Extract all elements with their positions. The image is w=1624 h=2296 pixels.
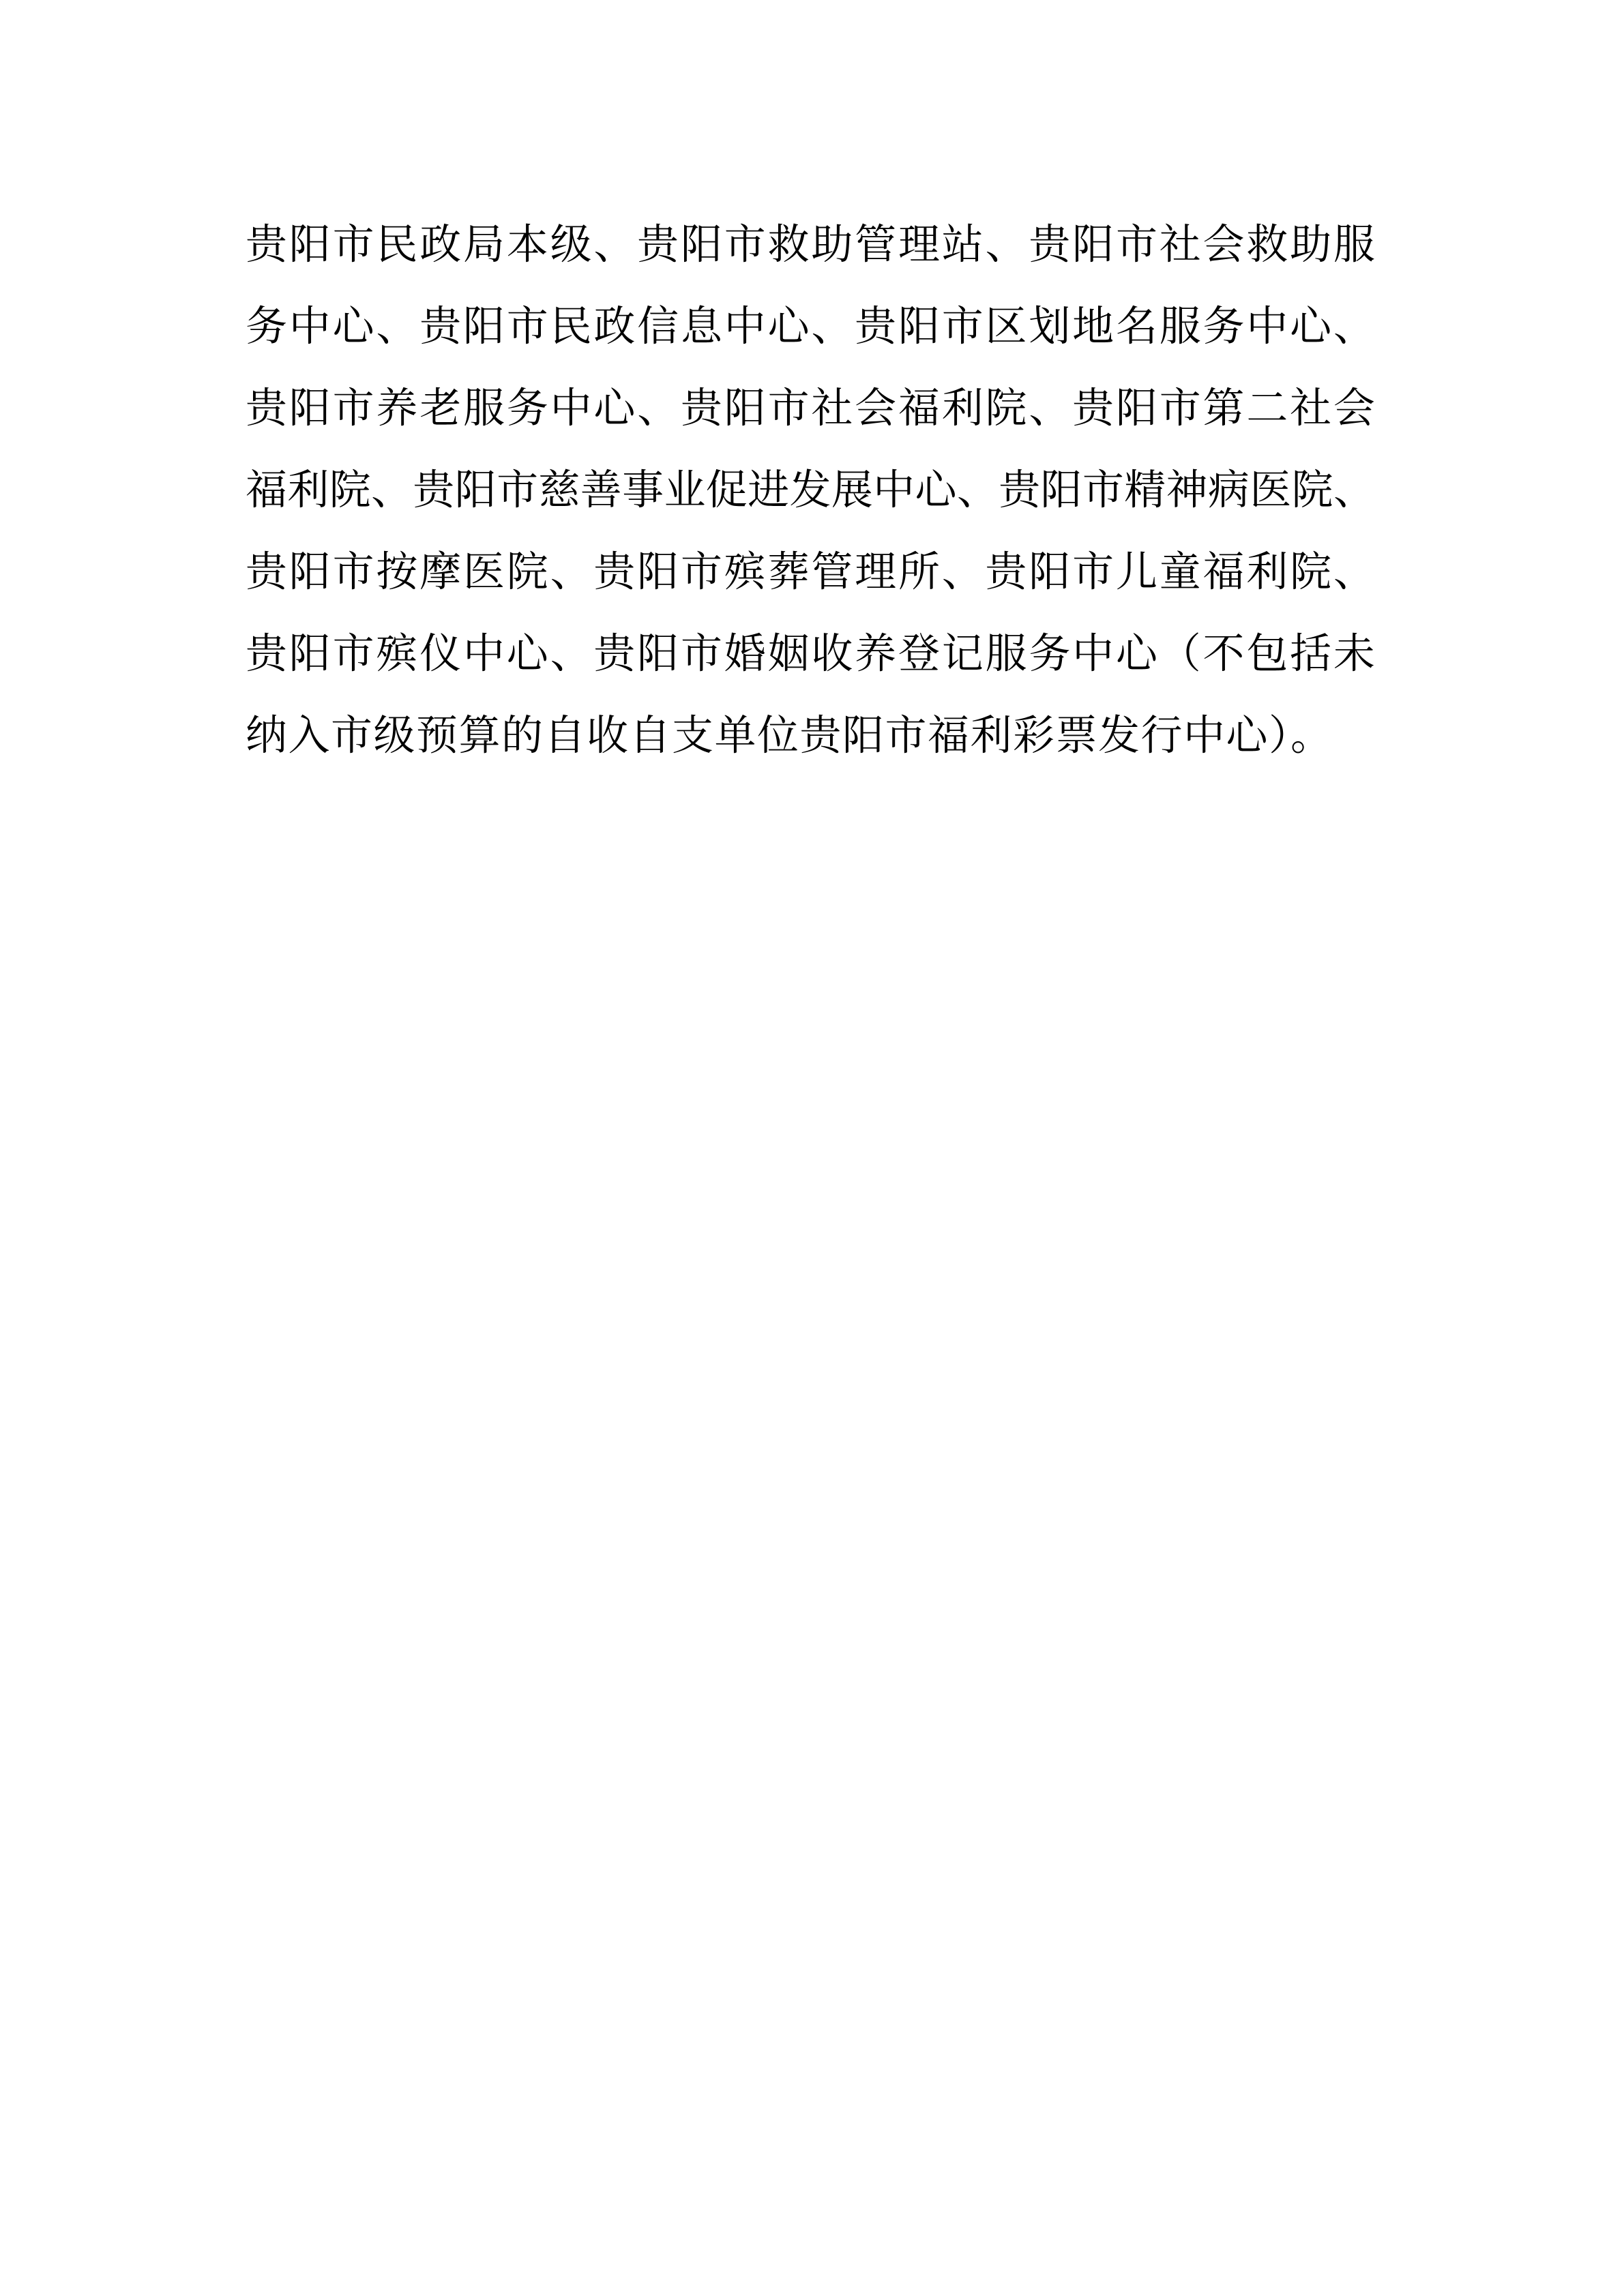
paragraph-line: 福利院、贵阳市慈善事业促进发展中心、贵阳市精神病医院、 bbox=[246, 450, 1375, 532]
document-page: 贵阳市民政局本级、贵阳市救助管理站、贵阳市社会救助服 务中心、贵阳市民政信息中心… bbox=[0, 0, 1624, 2296]
paragraph-line-last: 纳入市级预算的自收自支单位贵阳市福利彩票发行中心）。 bbox=[246, 696, 1375, 777]
paragraph-line: 务中心、贵阳市民政信息中心、贵阳市区划地名服务中心、 bbox=[246, 286, 1375, 368]
body-paragraph: 贵阳市民政局本级、贵阳市救助管理站、贵阳市社会救助服 务中心、贵阳市民政信息中心… bbox=[246, 205, 1375, 777]
paragraph-line: 贵阳市民政局本级、贵阳市救助管理站、贵阳市社会救助服 bbox=[246, 205, 1375, 286]
paragraph-line: 贵阳市养老服务中心、贵阳市社会福利院、贵阳市第二社会 bbox=[246, 368, 1375, 450]
paragraph-line: 贵阳市按摩医院、贵阳市殡葬管理所、贵阳市儿童福利院、 bbox=[246, 532, 1375, 614]
paragraph-line: 贵阳市殡仪中心、贵阳市婚姻收养登记服务中心（不包括未 bbox=[246, 614, 1375, 696]
